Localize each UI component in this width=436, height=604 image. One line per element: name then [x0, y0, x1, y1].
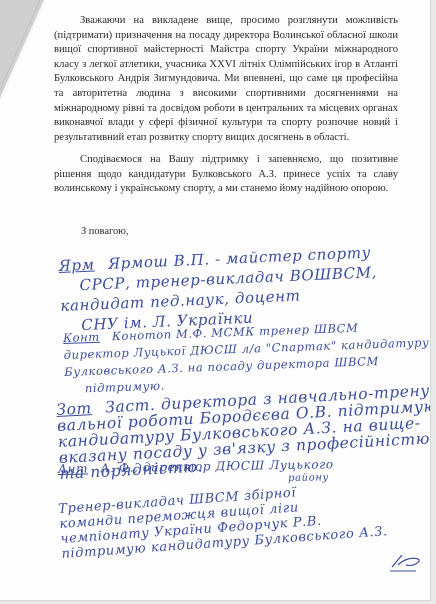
paragraph-text: Зважаючи на викладене вище, просимо розг… — [54, 14, 398, 145]
document-page: Зважаючи на викладене вище, просимо розг… — [0, 0, 431, 601]
signature-mark — [388, 545, 424, 585]
signature: Конт — [63, 329, 100, 347]
handwritten-note-5: Тренер-викладач ШВСМ збірної команди пер… — [58, 479, 388, 562]
body-paragraph-1: Зважаючи на викладене вище, просимо розг… — [54, 14, 398, 145]
signature: Ярм — [58, 254, 95, 276]
page-fold-decoration — [0, 0, 45, 100]
signature: Ант — [58, 461, 88, 476]
closing-salutation: З повагою, — [81, 226, 129, 237]
paragraph-text: Сподіваємося на Вашу підтримку і запевня… — [54, 153, 398, 197]
body-paragraph-2: Сподіваємося на Вашу підтримку і запевня… — [54, 153, 398, 197]
